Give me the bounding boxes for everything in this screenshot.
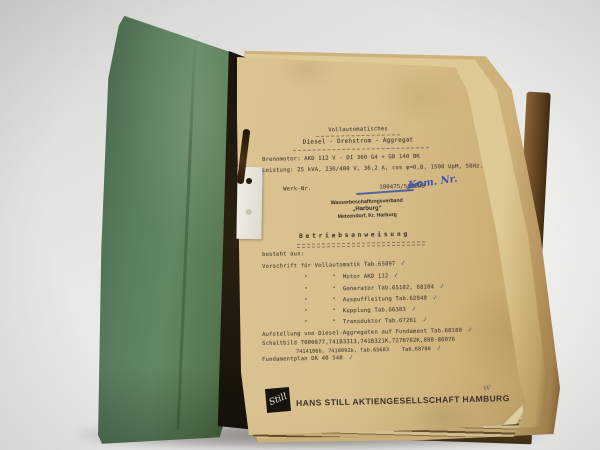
checkmark: ✓ [422, 316, 428, 323]
section-heading: Betriebsanweisung [299, 232, 410, 240]
list-intro: besteht aus: [262, 251, 304, 258]
checkmark: ✓ [432, 294, 438, 301]
werk-nr-line: Werk-Nr.180475/561598 [262, 178, 425, 199]
addendum-foundation-plan: Fundamentplan DK 40 540✓ [262, 354, 353, 363]
manual-item-1-text: Vorschrift für Vollautomatik Tab.65897 [262, 261, 396, 270]
manual-item-4: " " Auspuffleitung Tab.62848✓ [262, 294, 438, 305]
checkmark: ✓ [468, 326, 474, 333]
manual-item-3: " " Generator Tab.65102, 68104✓ [262, 283, 445, 294]
addendum-schematics-insert: 7414186b, 7410092b, Tab.65603 Tab.68700✓ [296, 345, 441, 355]
manual-item-2: " " Motor AKD 112✓ [262, 272, 399, 282]
doc-title: Diesel - Drehstrom - Aggregat [292, 137, 424, 146]
typewritten-content: Vollautomatisches Diesel - Drehstrom - A… [0, 0, 600, 450]
manual-item-5-text: " " Kupplung Tab.66383 [262, 307, 406, 316]
addendum-plan-text: Fundamentplan DK 40 540 [262, 355, 343, 363]
checkmark: ✓ [348, 354, 354, 361]
owner-stamp: Wasserbeschaffungsverband „Harburg“ Metz… [314, 197, 421, 221]
still-logo: Still [265, 387, 291, 413]
heading-underline-2 [297, 244, 425, 248]
checkmark: ✓ [411, 305, 417, 312]
spec-power-line: Leistung: 25 kVA, 230/400 V, 36,2 A, cos… [262, 163, 483, 174]
manual-item-5: " " Kupplung Tab.66383✓ [262, 306, 417, 316]
checkmark: ✓ [439, 283, 445, 290]
manual-item-6: " " Transduktor Tab.67261✓ [262, 317, 427, 327]
checkmark: ✓ [401, 260, 407, 267]
kom-nr-note: Kom. Nr. [407, 174, 458, 192]
pencil-mark: w [482, 382, 491, 393]
manual-item-3-text: " " Generator Tab.65102, 68104 [262, 284, 434, 294]
addendum-insert-text: 7414186b, 7410092b, Tab.65603 Tab.68700 [296, 346, 431, 355]
manual-item-1: Vorschrift für Vollautomatik Tab.65897✓ [262, 260, 406, 270]
werk-nr-label: Werk-Nr. [283, 186, 311, 193]
still-logo-text: Still [268, 392, 289, 408]
checkmark: ✓ [394, 272, 400, 279]
spec-engine-line: Brennmotor: AKD 112 V - DI 360 G4 + GB 1… [262, 154, 420, 163]
photo-of-folder: Vollautomatisches Diesel - Drehstrom - A… [0, 0, 600, 450]
manual-item-2-text: " " Motor AKD 112 [262, 273, 389, 282]
title-underline [293, 147, 429, 151]
manual-item-4-text: " " Auspuffleitung Tab.62848 [262, 296, 427, 305]
manual-item-6-text: " " Transduktor Tab.67261 [262, 318, 417, 327]
checkmark: ✓ [436, 345, 442, 352]
doc-subtitle: Vollautomatisches [299, 126, 417, 134]
company-name: HANS STILL AKTIENGESELLSCHAFT HAMBURG [296, 393, 510, 408]
